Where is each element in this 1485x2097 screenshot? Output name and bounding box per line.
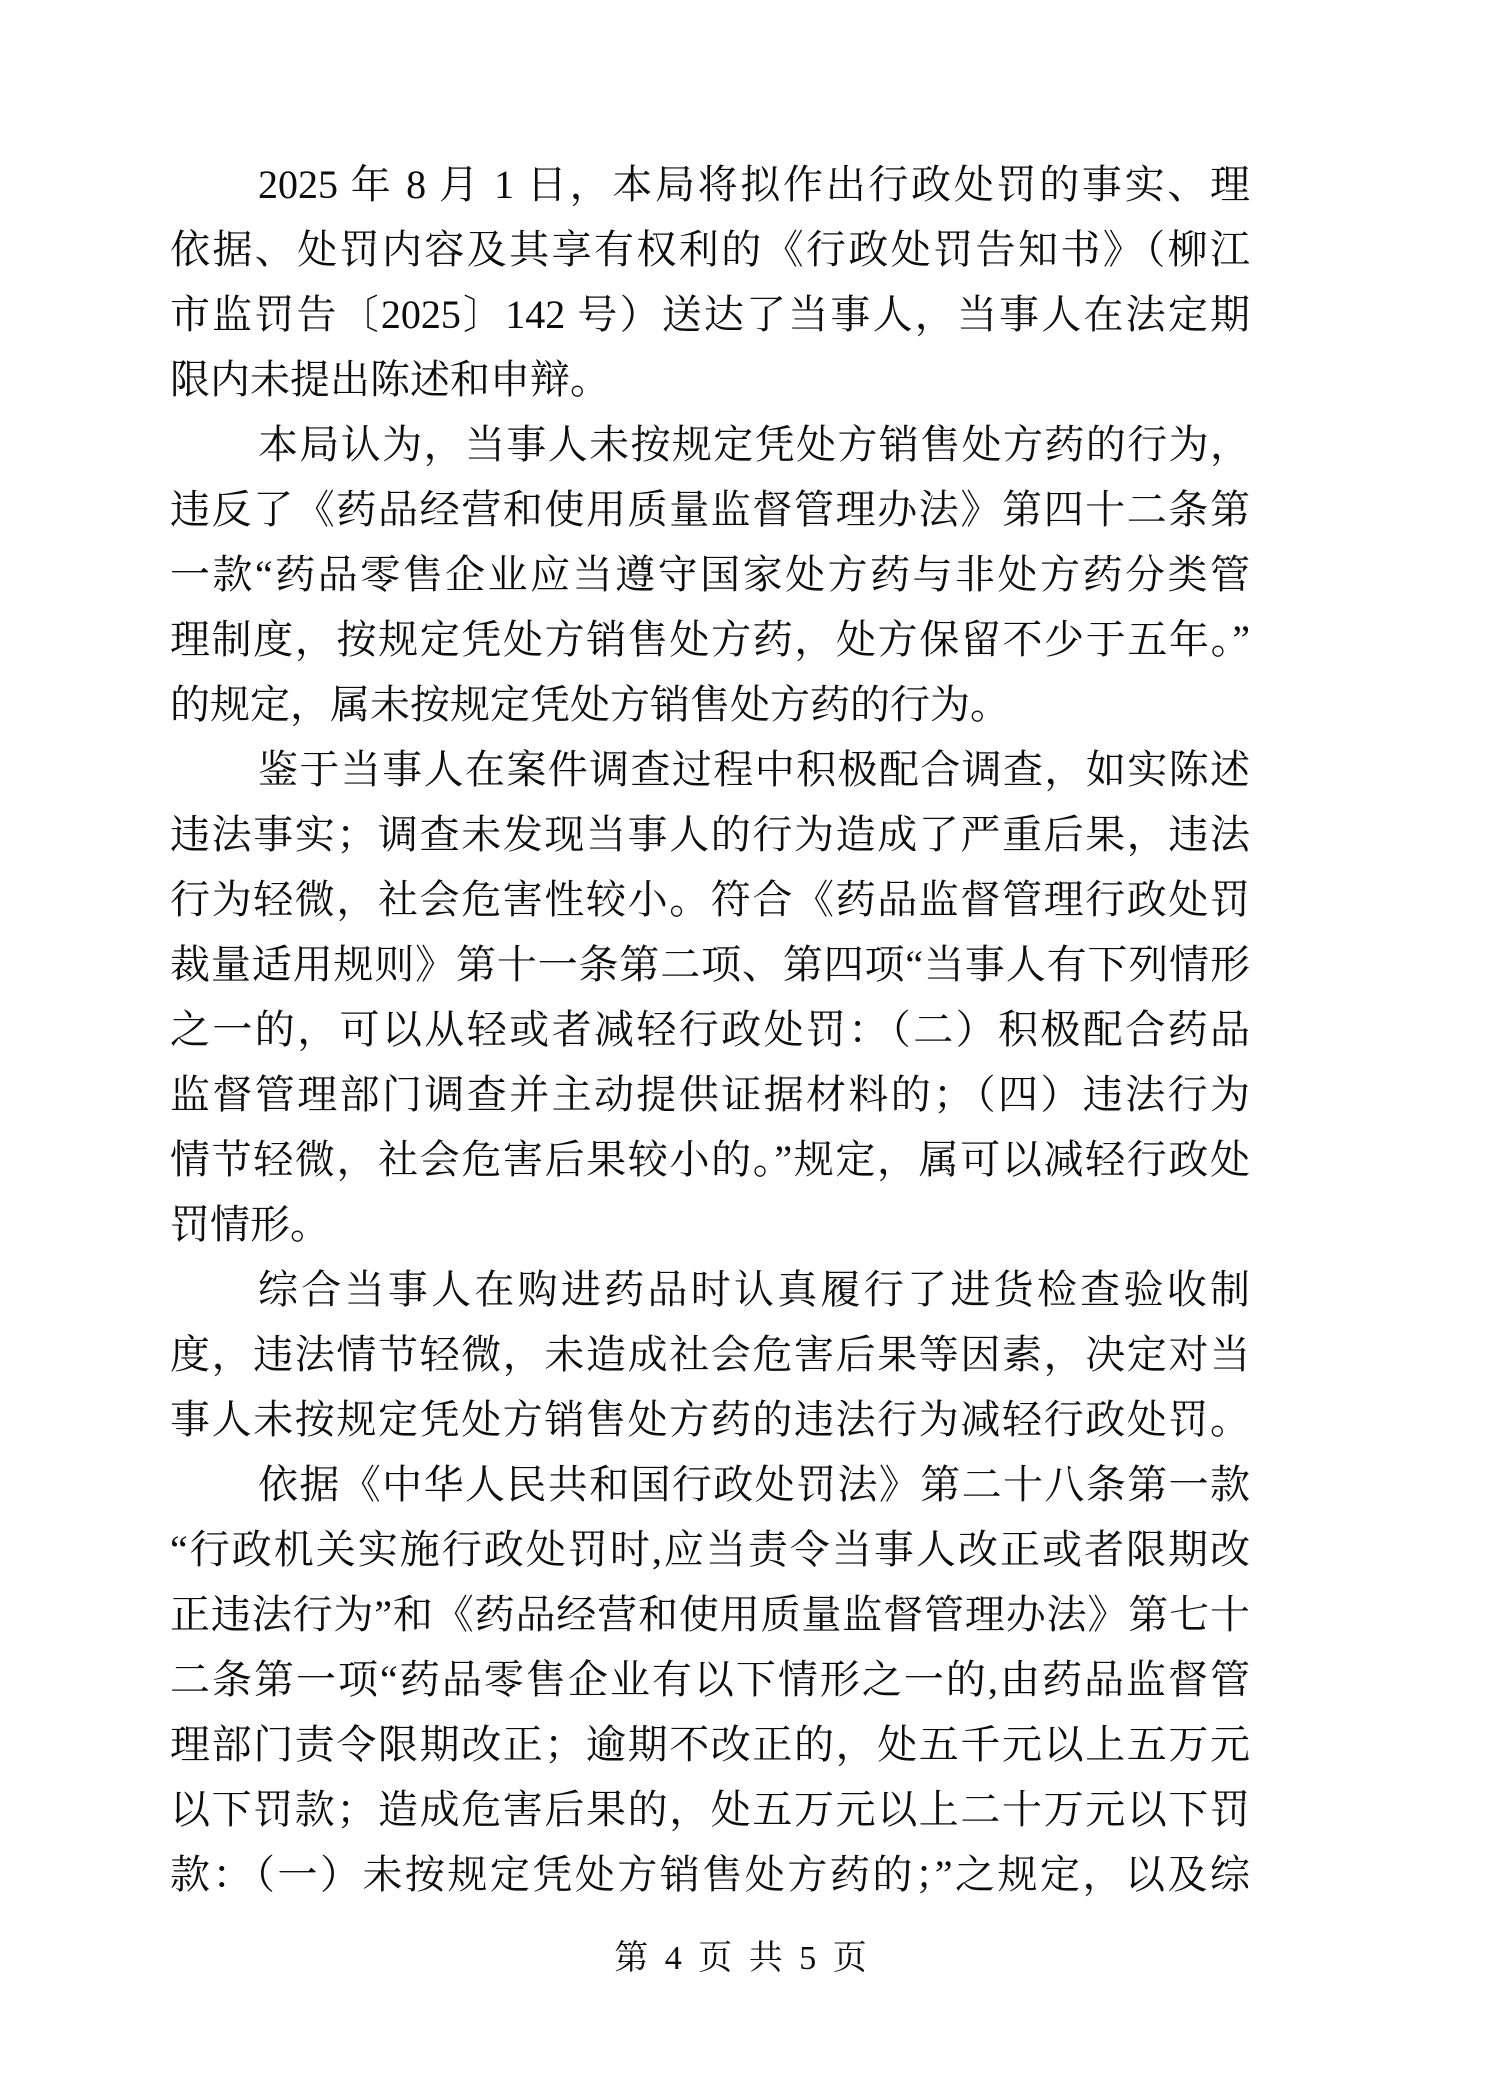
paragraph: 鉴于当事人在案件调查过程中积极配合调查，如实陈述违法事实；调查未发现当事人的行为…	[170, 737, 1250, 1257]
scanned-document-page: 2025 年 8 月 1 日，本局将拟作出行政处罚的事实、理由、依据、处罚内容及…	[0, 0, 1485, 2097]
text-line: “行政机关实施行政处罚时,应当责令当事人改正或者限期改	[170, 1517, 1250, 1582]
document-body: 2025 年 8 月 1 日，本局将拟作出行政处罚的事实、理由、依据、处罚内容及…	[170, 152, 1250, 1907]
text-line: 理部门责令限期改正；逾期不改正的，处五千元以上五万元	[170, 1712, 1250, 1777]
text-line: 一款“药品零售企业应当遵守国家处方药与非处方药分类管	[170, 542, 1250, 607]
text-line: 2025 年 8 月 1 日，本局将拟作出行政处罚的事实、理由、	[170, 152, 1250, 217]
paragraph: 综合当事人在购进药品时认真履行了进货检查验收制度，违法情节轻微，未造成社会危害后…	[170, 1257, 1250, 1452]
text-line: 款：（一）未按规定凭处方销售处方药的；”之规定，以及综	[170, 1842, 1250, 1907]
text-line: 依据《中华人民共和国行政处罚法》第二十八条第一款	[170, 1452, 1250, 1517]
text-line: 罚情形。	[170, 1192, 1250, 1257]
text-line: 事人未按规定凭处方销售处方药的违法行为减轻行政处罚。	[170, 1387, 1250, 1452]
text-line: 正违法行为”和《药品经营和使用质量监督管理办法》第七十	[170, 1582, 1250, 1647]
paragraph: 2025 年 8 月 1 日，本局将拟作出行政处罚的事实、理由、依据、处罚内容及…	[170, 152, 1250, 412]
paragraph: 依据《中华人民共和国行政处罚法》第二十八条第一款“行政机关实施行政处罚时,应当责…	[170, 1452, 1250, 1907]
text-line: 以下罚款；造成危害后果的，处五万元以上二十万元以下罚	[170, 1777, 1250, 1842]
text-line: 的规定，属未按规定凭处方销售处方药的行为。	[170, 672, 1250, 737]
text-line: 度，违法情节轻微，未造成社会危害后果等因素，决定对当	[170, 1322, 1250, 1387]
text-line: 市监罚告〔2025〕142 号）送达了当事人，当事人在法定期	[170, 282, 1250, 347]
text-line: 限内未提出陈述和申辩。	[170, 347, 1250, 412]
page-number: 第 4 页 共 5 页	[0, 1930, 1485, 1979]
text-line: 裁量适用规则》第十一条第二项、第四项“当事人有下列情形	[170, 932, 1250, 997]
text-line: 监督管理部门调查并主动提供证据材料的；（四）违法行为	[170, 1062, 1250, 1127]
text-line: 本局认为，当事人未按规定凭处方销售处方药的行为，	[170, 412, 1250, 477]
text-line: 鉴于当事人在案件调查过程中积极配合调查，如实陈述	[170, 737, 1250, 802]
text-line: 综合当事人在购进药品时认真履行了进货检查验收制	[170, 1257, 1250, 1322]
text-line: 之一的，可以从轻或者减轻行政处罚：（二）积极配合药品	[170, 997, 1250, 1062]
text-line: 理制度，按规定凭处方销售处方药，处方保留不少于五年。”	[170, 607, 1250, 672]
text-line: 违法事实；调查未发现当事人的行为造成了严重后果，违法	[170, 802, 1250, 867]
paragraph: 本局认为，当事人未按规定凭处方销售处方药的行为，违反了《药品经营和使用质量监督管…	[170, 412, 1250, 737]
text-line: 情节轻微，社会危害后果较小的。”规定，属可以减轻行政处	[170, 1127, 1250, 1192]
text-line: 违反了《药品经营和使用质量监督管理办法》第四十二条第	[170, 477, 1250, 542]
text-line: 二条第一项“药品零售企业有以下情形之一的,由药品监督管	[170, 1647, 1250, 1712]
text-line: 依据、处罚内容及其享有权利的《行政处罚告知书》（柳江	[170, 217, 1250, 282]
text-line: 行为轻微，社会危害性较小。符合《药品监督管理行政处罚	[170, 867, 1250, 932]
